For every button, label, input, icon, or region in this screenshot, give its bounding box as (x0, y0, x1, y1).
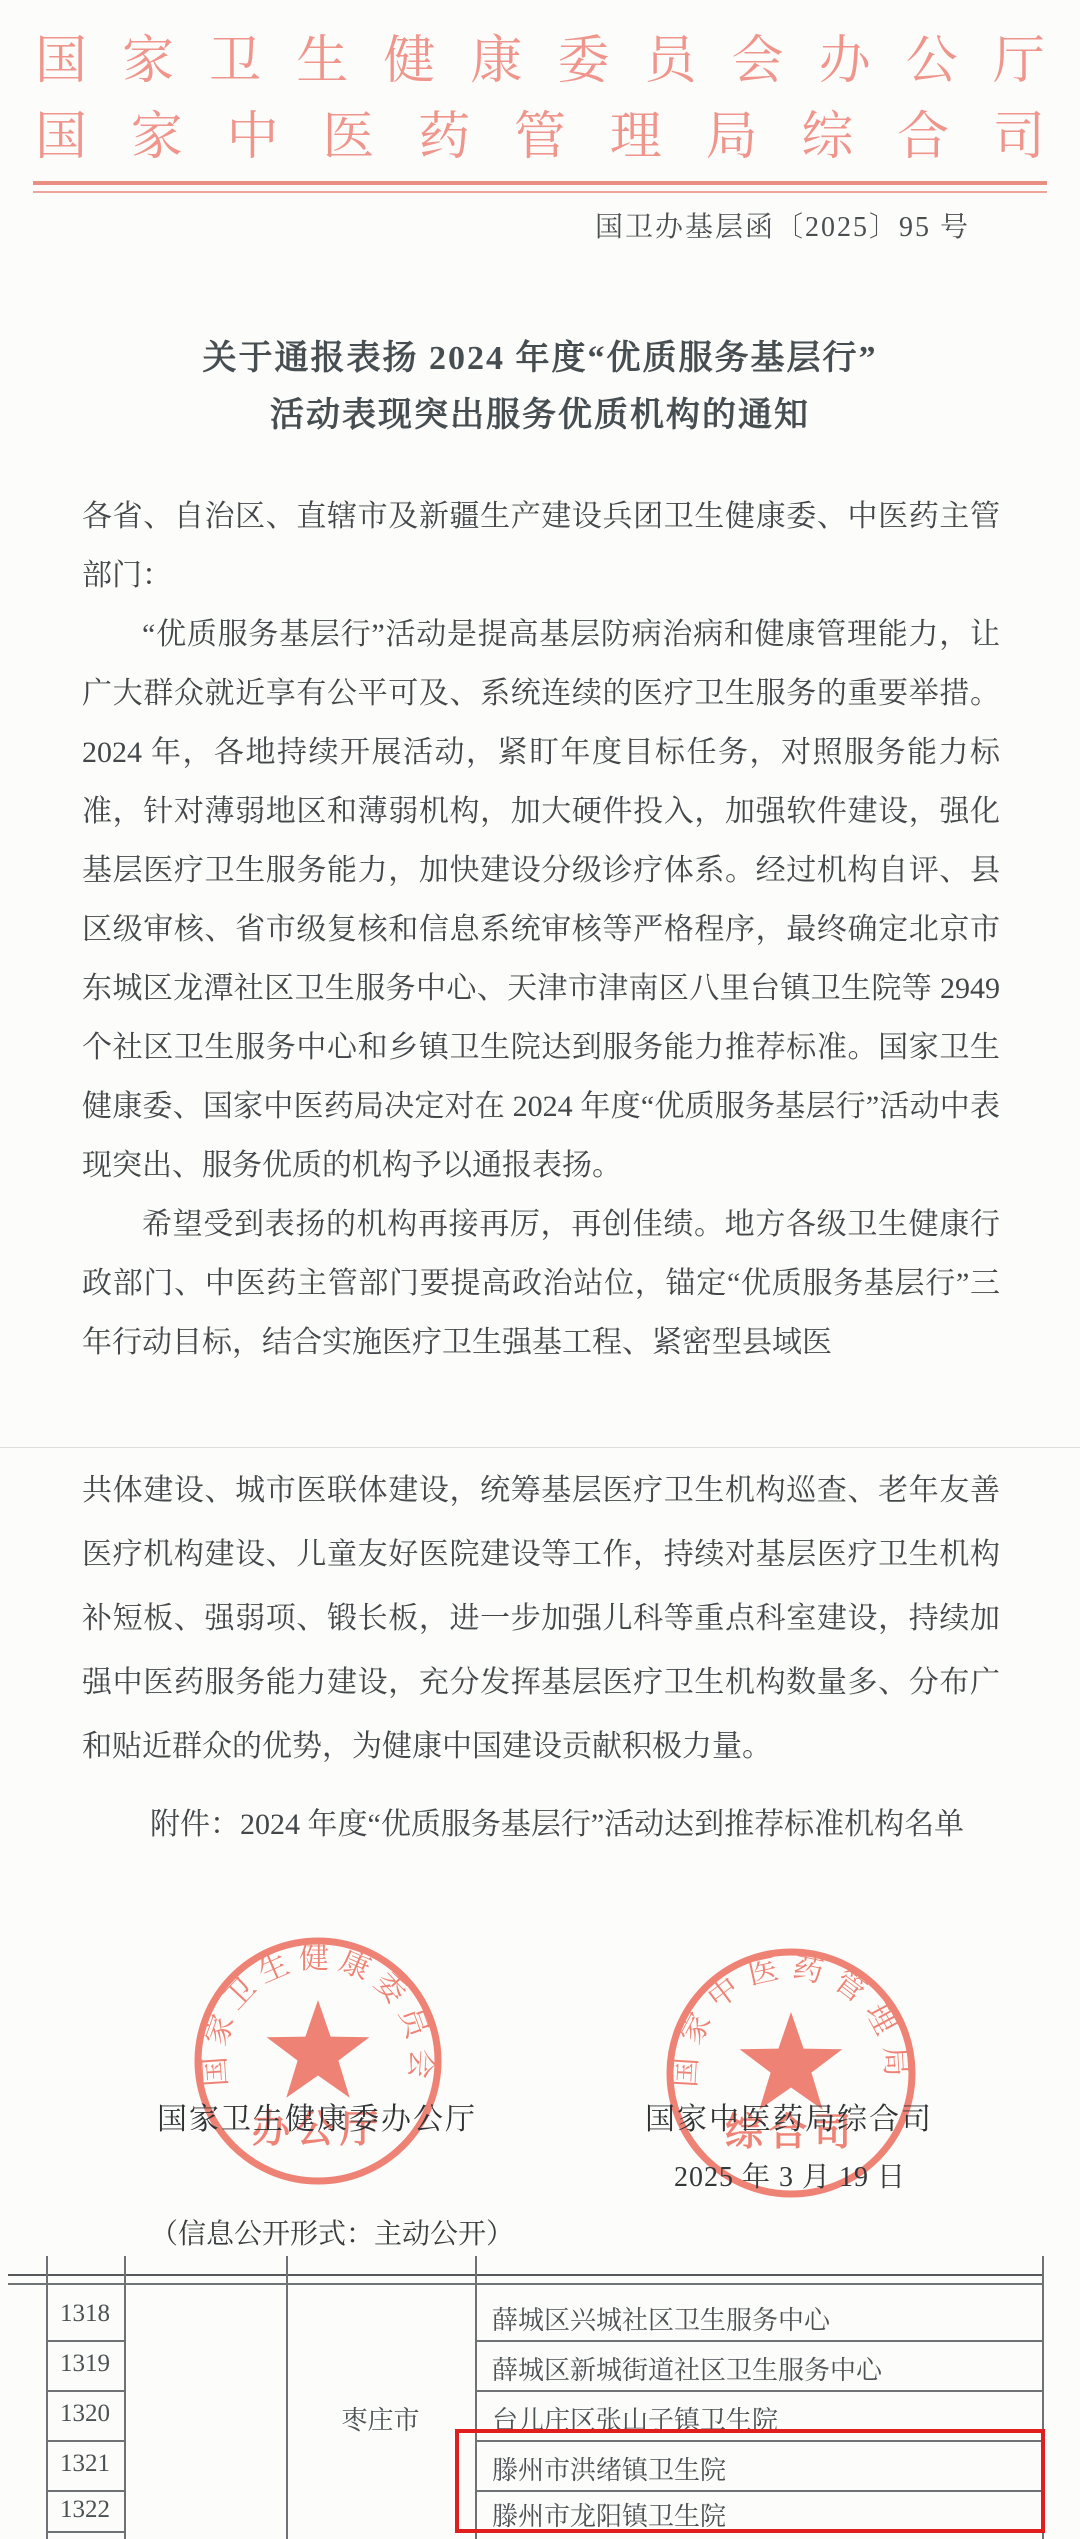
notice-title-line1: 关于通报表扬 2024 年度“优质服务基层行” (0, 330, 1080, 387)
highlight-box (455, 2429, 1045, 2533)
seal-star-icon (267, 2000, 370, 2098)
left-signing-org: 国家卫生健康委办公厅 (157, 2094, 477, 2138)
document-page: 国家卫生健康委员会办公厅 国家中医药管理局综合司 国卫办基层函〔2025〕95 … (0, 0, 1080, 2539)
body-page2: 共体建设、城市医联体建设，统筹基层医疗卫生机构巡查、老年友善医疗机构建设、儿童友… (82, 1459, 1000, 1779)
right-signing-org: 国家中医药局综合司 (645, 2094, 933, 2138)
letterhead-line1: 国家卫生健康委员会办公厅 (35, 32, 1045, 92)
table-row-number: 1322 (46, 2496, 124, 2524)
issue-date: 2025 年 3 月 19 日 (652, 2155, 928, 2195)
table-city-cell: 枣庄市 (286, 2400, 475, 2437)
salutation: 各省、自治区、直辖市及新疆生产建设兵团卫生健康委、中医药主管部门： (82, 487, 1000, 605)
table-vline (286, 2256, 288, 2539)
table-hline (46, 2490, 126, 2492)
notice-title-line2: 活动表现突出服务优质机构的通知 (0, 387, 1080, 444)
notice-title: 关于通报表扬 2024 年度“优质服务基层行” 活动表现突出服务优质机构的通知 (0, 330, 1080, 444)
table-hline (46, 2340, 126, 2342)
table-hline (46, 2531, 126, 2533)
table-hline (475, 2390, 1044, 2392)
table-hline (46, 2390, 126, 2392)
document-number: 国卫办基层函〔2025〕95 号 (0, 205, 1080, 245)
table-row: 薛城区兴城社区卫生服务中心 (492, 2300, 830, 2337)
page-break-divider (0, 1447, 1080, 1448)
red-rule-top (33, 181, 1047, 185)
paragraph-3-part2: 共体建设、城市医联体建设，统筹基层医疗卫生机构巡查、老年友善医疗机构建设、儿童友… (82, 1459, 1000, 1779)
table-vline (124, 2256, 126, 2539)
table-hline (475, 2340, 1044, 2342)
paragraph-3-part1: 希望受到表扬的机构再接再厉，再创佳绩。地方各级卫生健康行政部门、中医药主管部门要… (82, 1195, 1000, 1372)
table-row-number: 1321 (46, 2450, 124, 2478)
attachment-note: 附件：2024 年度“优质服务基层行”活动达到推荐标准机构名单 (150, 1793, 1080, 1857)
table-hline (46, 2440, 126, 2442)
table-row: 薛城区新城街道社区卫生服务中心 (492, 2350, 882, 2387)
letterhead-line2: 国家中医药管理局综合司 (35, 108, 1045, 168)
table-top-rule-1 (8, 2274, 1044, 2276)
red-rule-bottom (33, 191, 1047, 193)
body-page1: 各省、自治区、直辖市及新疆生产建设兵团卫生健康委、中医药主管部门： “优质服务基… (82, 487, 1000, 1372)
table-row-number: 1320 (46, 2400, 124, 2428)
table-row-number: 1318 (46, 2300, 124, 2328)
table-top-rule-2 (8, 2283, 1044, 2285)
nhc-office-seal: 国家卫生健康委员会 办公厅 (187, 1930, 449, 2192)
disclosure-line: （信息公开形式：主动公开） (150, 2212, 514, 2252)
table-row-number: 1319 (46, 2350, 124, 2378)
paragraph-2: “优质服务基层行”活动是提高基层防病治病和健康管理能力，让广大群众就近享有公平可… (82, 605, 1000, 1195)
